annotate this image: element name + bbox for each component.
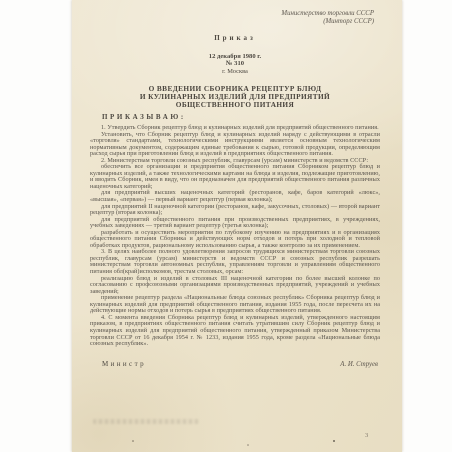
order-title-line: ОБЩЕСТВЕННОГО ПИТАНИЯ	[90, 101, 380, 109]
signature-row: Министр А. И. Струев	[90, 360, 380, 368]
ministry-abbreviation: (Минторг СССР)	[281, 18, 374, 26]
paper-speck	[132, 440, 134, 442]
order-paragraph: реализацию блюд и изделий в столовых III…	[90, 276, 380, 296]
order-paragraph: обеспечить все организации и предприятия…	[90, 164, 380, 190]
ministry-name: Министерство торговли СССР	[281, 10, 374, 18]
document-page: Министерство торговли СССР (Минторг СССР…	[72, 0, 402, 452]
order-paragraph: для предприятий II наценочной категории …	[90, 204, 380, 217]
order-paragraph: для предприятий высших наценочных катего…	[90, 190, 380, 203]
order-body-block: ПРИКАЗЫВАЮ: 1. Утвердить Сборник рецепту…	[90, 113, 380, 368]
paper-speck	[247, 444, 249, 446]
order-paragraph: Установить, что Сборник рецептур блюд и …	[90, 132, 380, 158]
order-title: О ВВЕДЕНИИ СБОРНИКА РЕЦЕПТУР БЛЮД И КУЛИ…	[90, 85, 380, 110]
decree-word: ПРИКАЗЫВАЮ:	[102, 113, 380, 121]
paper-speck	[333, 440, 335, 442]
signature-name: А. И. Струев	[340, 361, 378, 368]
ministry-header: Министерство торговли СССР (Минторг СССР…	[281, 10, 374, 25]
order-paragraph: применение рецептур раздела «Национальны…	[90, 295, 380, 315]
order-heading-block: Приказ 12 декабря 1980 г. № 310 г. Москв…	[90, 34, 380, 75]
bleed-through-smudge	[93, 419, 199, 424]
order-body: 1. Утвердить Сборник рецептур блюд и кул…	[90, 125, 380, 348]
order-date: 12 декабря 1980 г.	[90, 53, 380, 60]
order-paragraph: 4. С момента введения Сборника рецептур …	[90, 315, 380, 348]
order-paragraph: разработать и осуществить мероприятия по…	[90, 230, 380, 250]
signature-role: Министр	[102, 360, 146, 368]
order-kind: Приказ	[90, 34, 380, 42]
order-paragraph: для предприятий общественного питания пр…	[90, 217, 380, 230]
order-number: № 310	[90, 60, 380, 67]
page-number: 3	[365, 432, 368, 439]
order-paragraph: 3. В целях наиболее полного удовлетворен…	[90, 249, 380, 275]
scanned-document-view: Министерство торговли СССР (Минторг СССР…	[0, 0, 452, 452]
order-city: г. Москва	[90, 68, 380, 75]
